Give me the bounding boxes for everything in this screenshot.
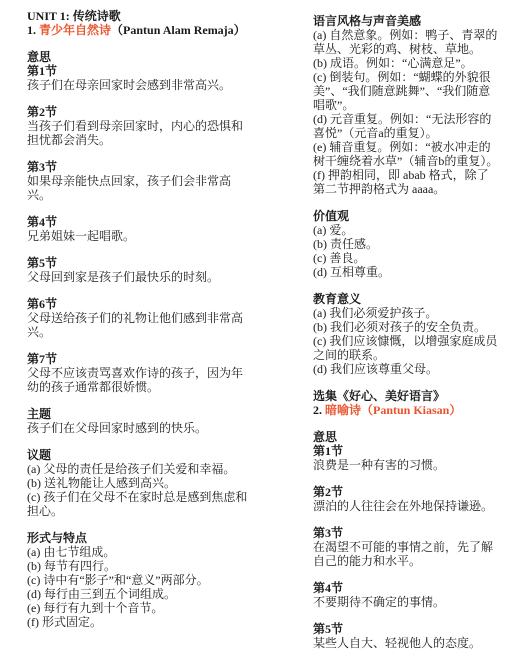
text-segment: (c) 善良。 (313, 251, 365, 265)
stanza-label: 第3节 (27, 160, 250, 174)
educational-meaning-heading: 教育意义 (313, 292, 499, 306)
text-segment: (c) 倒装句。例如：“蝴蝶的外貌很美”、“我们随意跳舞”、“我们随意唱歌”。 (313, 70, 491, 112)
stanza-label: 第6节 (27, 297, 250, 311)
text-line: 漂泊的人往往会在外地保持谦逊。 (313, 499, 499, 513)
stanza-label: 第4节 (313, 581, 499, 595)
theme-heading: 主题 (27, 407, 51, 421)
text-segment: 父母送给孩子们的礼物让他们感到非常高兴。 (27, 311, 243, 339)
stanza-label: 第5节 (313, 622, 343, 636)
stanza-label: 第5节 (27, 256, 250, 270)
stanza-label: 第1节 (313, 444, 343, 458)
poem2-title-block: 选集《好心、美好语言》2. 暗喻诗（Pantun Kiasan） (313, 389, 499, 417)
poem1-stanza-4: 第4节兄弟姐妹一起唱歌。 (27, 215, 250, 243)
text-segment: (b) 送礼物能让人感到高兴。 (27, 476, 176, 490)
poem1-stanza-7: 第7节父母不应该责骂喜欢作诗的孩子，因为年幼的孩子通常都很娇惯。 (27, 352, 250, 394)
text-line: (b) 责任感。 (313, 237, 499, 251)
text-line: 浪费是一种有害的习惯。 (313, 458, 499, 472)
stanza-label: 第3节 (27, 160, 57, 174)
stanza-label: 第1节 (27, 64, 57, 78)
text-line: 不要期待不确定的事情。 (313, 595, 499, 609)
text-line: (d) 我们应该尊重父母。 (313, 362, 499, 376)
meaning-heading: 意思 (313, 430, 499, 444)
text-segment: 1. (27, 23, 39, 37)
text-line: (f) 形式固定。 (27, 615, 250, 629)
text-segment: 当孩子们看到母亲回家时，内心的恐惧和担忧都会消失。 (27, 119, 243, 147)
unit-header: UNIT 1: 传统诗歌 (27, 9, 250, 23)
poem1-meaning-stanza-1: 意思第1节孩子们在母亲回家时会感到非常高兴。 (27, 50, 250, 92)
text-line: 如果母亲能快点回家，孩子们会非常高兴。 (27, 174, 250, 202)
text-line: (b) 我们必须对孩子的安全负责。 (313, 320, 499, 334)
text-segment: (a) 爱。 (313, 223, 353, 237)
poem2-stanza-5: 第5节某些人自大、轻视他人的态度。 (313, 622, 499, 650)
text-segment: (d) 互相尊重。 (313, 265, 390, 279)
text-segment: 父母回到家是孩子们最快乐的时刻。 (27, 270, 219, 284)
text-line: (e) 每行有九到十个音节。 (27, 601, 250, 615)
text-line: (b) 送礼物能让人感到高兴。 (27, 476, 250, 490)
text-line: 父母送给孩子们的礼物让他们感到非常高兴。 (27, 311, 250, 339)
poem1-stanza-5: 第5节父母回到家是孩子们最快乐的时刻。 (27, 256, 250, 284)
poem1-values-section: 价值观(a) 爱。(b) 责任感。(c) 善良。(d) 互相尊重。 (313, 209, 499, 279)
form-features-heading: 形式与特点 (27, 531, 250, 545)
text-segment: 兄弟姐妹一起唱歌。 (27, 229, 135, 243)
text-segment: 某些人自大、轻视他人的态度。 (313, 636, 481, 650)
text-line: (c) 倒装句。例如：“蝴蝶的外貌很美”、“我们随意跳舞”、“我们随意唱歌”。 (313, 70, 499, 112)
text-line: 兄弟姐妹一起唱歌。 (27, 229, 250, 243)
unit-header: UNIT 1: 传统诗歌 (27, 9, 121, 23)
text-segment: (b) 我们必须对孩子的安全负责。 (313, 320, 486, 334)
text-line: (a) 我们必须爱护孩子。 (313, 306, 499, 320)
text-segment: 浪费是一种有害的习惯。 (313, 458, 445, 472)
text-line: 孩子们在父母回家时感到的快乐。 (27, 421, 250, 435)
text-line: (a) 自然意象。例如：鸭子、青翠的草丛、光彩的鸡、树枝、草地。 (313, 28, 499, 56)
text-segment: (f) 形式固定。 (27, 615, 102, 629)
stanza-label: 第2节 (313, 485, 343, 499)
poem1-stanza-3: 第3节如果母亲能快点回家，孩子们会非常高兴。 (27, 160, 250, 202)
text-line: (d) 每行由三到五个词组成。 (27, 587, 250, 601)
text-line: (d) 互相尊重。 (313, 265, 499, 279)
text-line: (a) 爱。 (313, 223, 499, 237)
stanza-label: 第5节 (27, 256, 57, 270)
right-column: 语言风格与声音美感(a) 自然意象。例如：鸭子、青翠的草丛、光彩的鸡、树枝、草地… (313, 9, 499, 650)
text-segment: 孩子们在父母回家时感到的快乐。 (27, 421, 207, 435)
stanza-label: 第2节 (313, 485, 499, 499)
poem1-stanza-6: 第6节父母送给孩子们的礼物让他们感到非常高兴。 (27, 297, 250, 339)
text-segment: (b) 成语。例如：“心满意足”。 (313, 56, 473, 70)
poem1-language-style-section: 语言风格与声音美感(a) 自然意象。例如：鸭子、青翠的草丛、光彩的鸡、树枝、草地… (313, 14, 499, 196)
text-segment: (d) 每行由三到五个词组成。 (27, 587, 176, 601)
meaning-heading: 意思 (27, 50, 51, 64)
poem1-title-chinese: 青少年自然诗 (39, 23, 111, 37)
poem1-form-features-section: 形式与特点(a) 由七节组成。(b) 每节有四行。(c) 诗中有“影子”和“意义… (27, 531, 250, 629)
stanza-label: 第5节 (313, 622, 499, 636)
text-segment: (e) 辅音重复。例如：“被水冲走的树干缠绕着水草”（辅音b的重复）。 (313, 140, 498, 168)
text-segment: (a) 自然意象。例如：鸭子、青翠的草丛、光彩的鸡、树枝、草地。 (313, 28, 497, 56)
left-column: UNIT 1: 传统诗歌1. 青少年自然诗（Pantun Alam Remaja… (27, 9, 250, 650)
stanza-label: 第6节 (27, 297, 57, 311)
language-style-heading: 语言风格与声音美感 (313, 14, 499, 28)
meaning-heading: 意思 (27, 50, 250, 64)
text-line: 父母不应该责骂喜欢作诗的孩子，因为年幼的孩子通常都很娇惯。 (27, 366, 250, 394)
text-segment: (a) 我们必须爱护孩子。 (313, 306, 437, 320)
stanza-label: 第7节 (27, 352, 57, 366)
text-segment: (d) 元音重复。例如：“无法形容的喜悦”（元音a的重复）。 (313, 112, 491, 140)
stanza-label: 第2节 (27, 105, 57, 119)
text-segment: 2. (313, 403, 325, 417)
stanza-label: 第1节 (313, 444, 499, 458)
text-segment: 在渴望不可能的事情之前，先了解自己的能力和水平。 (313, 540, 493, 568)
text-line: (c) 我们应该慷慨，以增强家庭成员之间的联系。 (313, 334, 499, 362)
poem1-title: 1. 青少年自然诗（Pantun Alam Remaja） (27, 23, 250, 37)
text-line: 孩子们在母亲回家时会感到非常高兴。 (27, 78, 250, 92)
poem1-stanza-2: 第2节当孩子们看到母亲回家时，内心的恐惧和担忧都会消失。 (27, 105, 250, 147)
form-features-heading: 形式与特点 (27, 531, 87, 545)
poem1-issues-section: 议题(a) 父母的责任是给孩子们关爱和幸福。(b) 送礼物能让人感到高兴。(c)… (27, 448, 250, 518)
text-segment: (a) 父母的责任是给孩子们关爱和幸福。 (27, 462, 235, 476)
text-segment: (e) 每行有九到十个音节。 (27, 601, 163, 615)
poem1-educational-meaning-section: 教育意义(a) 我们必须爱护孩子。(b) 我们必须对孩子的安全负责。(c) 我们… (313, 292, 499, 376)
text-segment: (b) 每节有四行。 (27, 559, 116, 573)
poem2-stanza-2: 第2节漂泊的人往往会在外地保持谦逊。 (313, 485, 499, 513)
text-line: (d) 元音重复。例如：“无法形容的喜悦”（元音a的重复）。 (313, 112, 499, 140)
values-heading: 价值观 (313, 209, 499, 223)
issues-heading: 议题 (27, 448, 250, 462)
text-line: (c) 善良。 (313, 251, 499, 265)
text-segment: (f) 押韵相同，即 abab 格式，除了第二节押韵格式为 aaaa。 (313, 168, 489, 196)
poem2-meaning-stanza-1: 意思第1节浪费是一种有害的习惯。 (313, 430, 499, 472)
text-line: (f) 押韵相同，即 abab 格式，除了第二节押韵格式为 aaaa。 (313, 168, 499, 196)
text-line: (a) 由七节组成。 (27, 545, 250, 559)
educational-meaning-heading: 教育意义 (313, 292, 361, 306)
stanza-label: 第3节 (313, 526, 343, 540)
poem2-stanza-4: 第4节不要期待不确定的事情。 (313, 581, 499, 609)
text-segment: 如果母亲能快点回家，孩子们会非常高兴。 (27, 174, 231, 202)
anthology-title: 选集《好心、美好语言》 (313, 389, 499, 403)
stanza-label: 第4节 (27, 215, 57, 229)
stanza-label: 第2节 (27, 105, 250, 119)
text-segment: (b) 责任感。 (313, 237, 378, 251)
text-line: (c) 孩子们在父母不在家时总是感到焦虑和担心。 (27, 490, 250, 518)
text-segment: (c) 孩子们在父母不在家时总是感到焦虑和担心。 (27, 490, 247, 518)
text-segment: 父母不应该责骂喜欢作诗的孩子，因为年幼的孩子通常都很娇惯。 (27, 366, 243, 394)
poem2-title-chinese: 暗喻诗（Pantun Kiasan） (325, 403, 461, 417)
stanza-label: 第1节 (27, 64, 250, 78)
meaning-heading: 意思 (313, 430, 337, 444)
text-segment: (a) 由七节组成。 (27, 545, 115, 559)
text-segment: (c) 我们应该慷慨，以增强家庭成员之间的联系。 (313, 334, 497, 362)
poem2-stanza-3: 第3节在渴望不可能的事情之前，先了解自己的能力和水平。 (313, 526, 499, 568)
text-line: (a) 父母的责任是给孩子们关爱和幸福。 (27, 462, 250, 476)
theme-heading: 主题 (27, 407, 250, 421)
text-segment: 不要期待不确定的事情。 (313, 595, 445, 609)
poem2-title: 2. 暗喻诗（Pantun Kiasan） (313, 403, 499, 417)
text-line: 在渴望不可能的事情之前，先了解自己的能力和水平。 (313, 540, 499, 568)
language-style-heading: 语言风格与声音美感 (313, 14, 421, 28)
text-line: (b) 每节有四行。 (27, 559, 250, 573)
text-line: (e) 辅音重复。例如：“被水冲走的树干缠绕着水草”（辅音b的重复）。 (313, 140, 499, 168)
stanza-label: 第4节 (313, 581, 343, 595)
text-segment: 漂泊的人往往会在外地保持谦逊。 (313, 499, 493, 513)
stanza-label: 第4节 (27, 215, 250, 229)
values-heading: 价值观 (313, 209, 349, 223)
issues-heading: 议题 (27, 448, 51, 462)
study-notes-page: UNIT 1: 传统诗歌1. 青少年自然诗（Pantun Alam Remaja… (0, 0, 508, 650)
stanza-label: 第7节 (27, 352, 250, 366)
stanza-label: 第3节 (313, 526, 499, 540)
text-line: 某些人自大、轻视他人的态度。 (313, 636, 499, 650)
text-line: (c) 诗中有“影子”和“意义”两部分。 (27, 573, 250, 587)
unit-title-block: UNIT 1: 传统诗歌1. 青少年自然诗（Pantun Alam Remaja… (27, 9, 250, 37)
text-segment: (c) 诗中有“影子”和“意义”两部分。 (27, 573, 209, 587)
poem1-theme-section: 主题孩子们在父母回家时感到的快乐。 (27, 407, 250, 435)
poem1-title-malay: （Pantun Alam Remaja） (111, 23, 246, 37)
text-line: (b) 成语。例如：“心满意足”。 (313, 56, 499, 70)
text-line: 当孩子们看到母亲回家时，内心的恐惧和担忧都会消失。 (27, 119, 250, 147)
anthology-title: 选集《好心、美好语言》 (313, 389, 445, 403)
text-line: 父母回到家是孩子们最快乐的时刻。 (27, 270, 250, 284)
text-segment: 孩子们在母亲回家时会感到非常高兴。 (27, 78, 231, 92)
text-segment: (d) 我们应该尊重父母。 (313, 362, 438, 376)
